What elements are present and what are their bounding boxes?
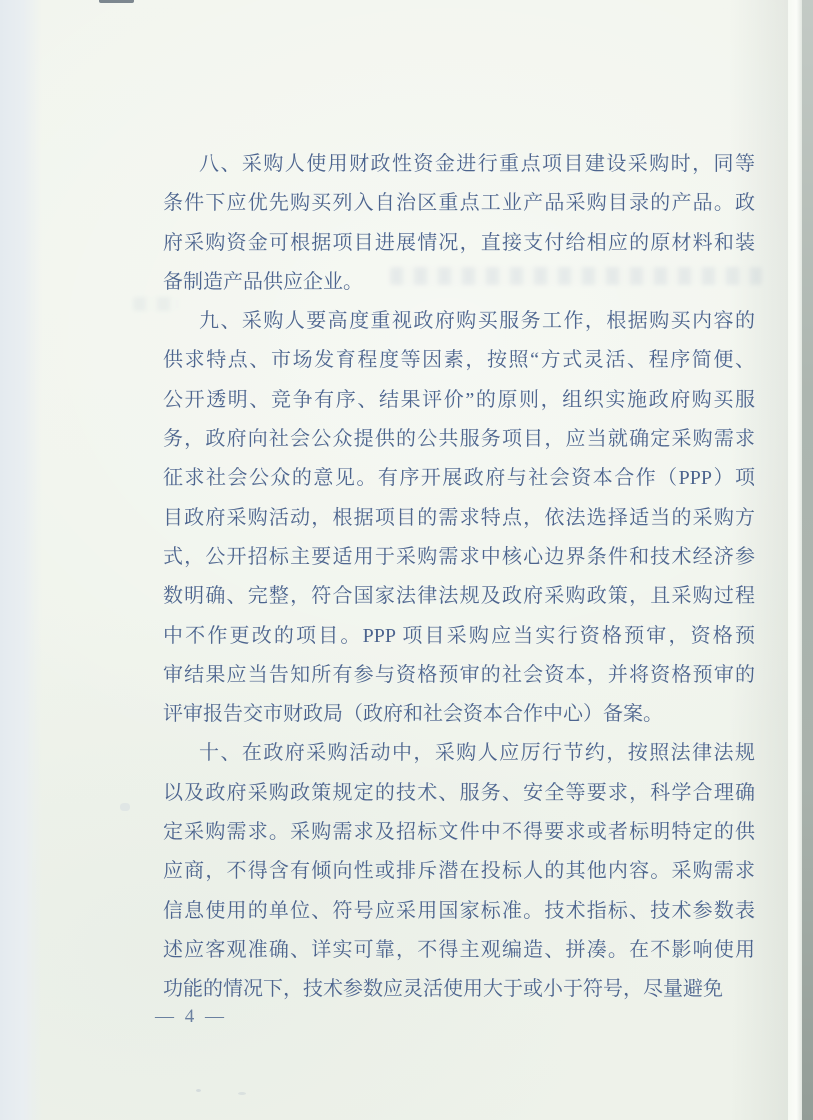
text-line: 府采购资金可根据项目进展情况，直接支付给相应的原材料和装 (163, 224, 755, 263)
text-line: 定采购需求。采购需求及招标文件中不得要求或者标明特定的供 (163, 813, 755, 852)
text-line: 目政府采购活动，根据项目的需求特点，依法选择适当的采购方 (163, 499, 755, 538)
text-line: 评审报告交市财政局（政府和社会资本合作中心）备案。 (163, 695, 755, 734)
scan-speck (238, 1092, 246, 1095)
paragraph: 八、采购人使用财政性资金进行重点项目建设采购时，同等条件下应优先购买列入自治区重… (163, 145, 755, 302)
text-line: 务，政府向社会公众提供的公共服务项目，应当就确定采购需求 (163, 420, 755, 459)
scanned-page: 八、采购人使用财政性资金进行重点项目建设采购时，同等条件下应优先购买列入自治区重… (0, 0, 813, 1120)
text-line: 中不作更改的项目。PPP 项目采购应当实行资格预审，资格预 (163, 617, 755, 656)
scan-speck (120, 803, 130, 811)
scanner-bed-left-strip (0, 0, 42, 1120)
text-line: 述应客观准确、详实可靠，不得主观编造、拼凑。在不影响使用 (163, 931, 755, 970)
paragraph: 十、在政府采购活动中，采购人应厉行节约，按照法律法规以及政府采购政策规定的技术、… (163, 734, 755, 1009)
text-line: 应商，不得含有倾向性或排斥潜在投标人的其他内容。采购需求 (163, 852, 755, 891)
text-line: 征求社会公众的意见。有序开展政府与社会资本合作（PPP）项 (163, 459, 755, 498)
page-edge-highlight (788, 0, 802, 1120)
text-line: 条件下应优先购买列入自治区重点工业产品采购目录的产品。政 (163, 184, 755, 223)
text-line: 十、在政府采购活动中，采购人应厉行节约，按照法律法规 (163, 734, 755, 773)
page-number: — 4 — (146, 1003, 236, 1031)
text-line: 审结果应当告知所有参与资格预审的社会资本，并将资格预审的 (163, 656, 755, 695)
text-line: 以及政府采购政策规定的技术、服务、安全等要求，科学合理确 (163, 774, 755, 813)
text-line: 式，公开招标主要适用于采购需求中核心边界条件和技术经济参 (163, 538, 755, 577)
text-line: 八、采购人使用财政性资金进行重点项目建设采购时，同等 (163, 145, 755, 184)
paragraph: 九、采购人要高度重视政府购买服务工作，根据购买内容的供求特点、市场发育程度等因素… (163, 302, 755, 734)
text-line: 信息使用的单位、符号应采用国家标准。技术指标、技术参数表 (163, 892, 755, 931)
scanner-edge-strip (802, 0, 813, 1120)
text-line: 公开透明、竞争有序、结果评价”的原则，组织实施政府购买服 (163, 381, 755, 420)
scan-speck (196, 1089, 201, 1092)
document-body: 八、采购人使用财政性资金进行重点项目建设采购时，同等条件下应优先购买列入自治区重… (163, 145, 755, 1010)
text-line: 功能的情况下，技术参数应灵活使用大于或小于符号，尽量避免 (163, 970, 755, 1009)
text-line: 供求特点、市场发育程度等因素，按照“方式灵活、程序简便、 (163, 341, 755, 380)
text-line: 九、采购人要高度重视政府购买服务工作，根据购买内容的 (163, 302, 755, 341)
scan-artifact-top-mark (99, 0, 134, 3)
text-line: 备制造产品供应企业。 (163, 263, 755, 302)
text-line: 数明确、完整，符合国家法律法规及政府采购政策，且采购过程 (163, 577, 755, 616)
